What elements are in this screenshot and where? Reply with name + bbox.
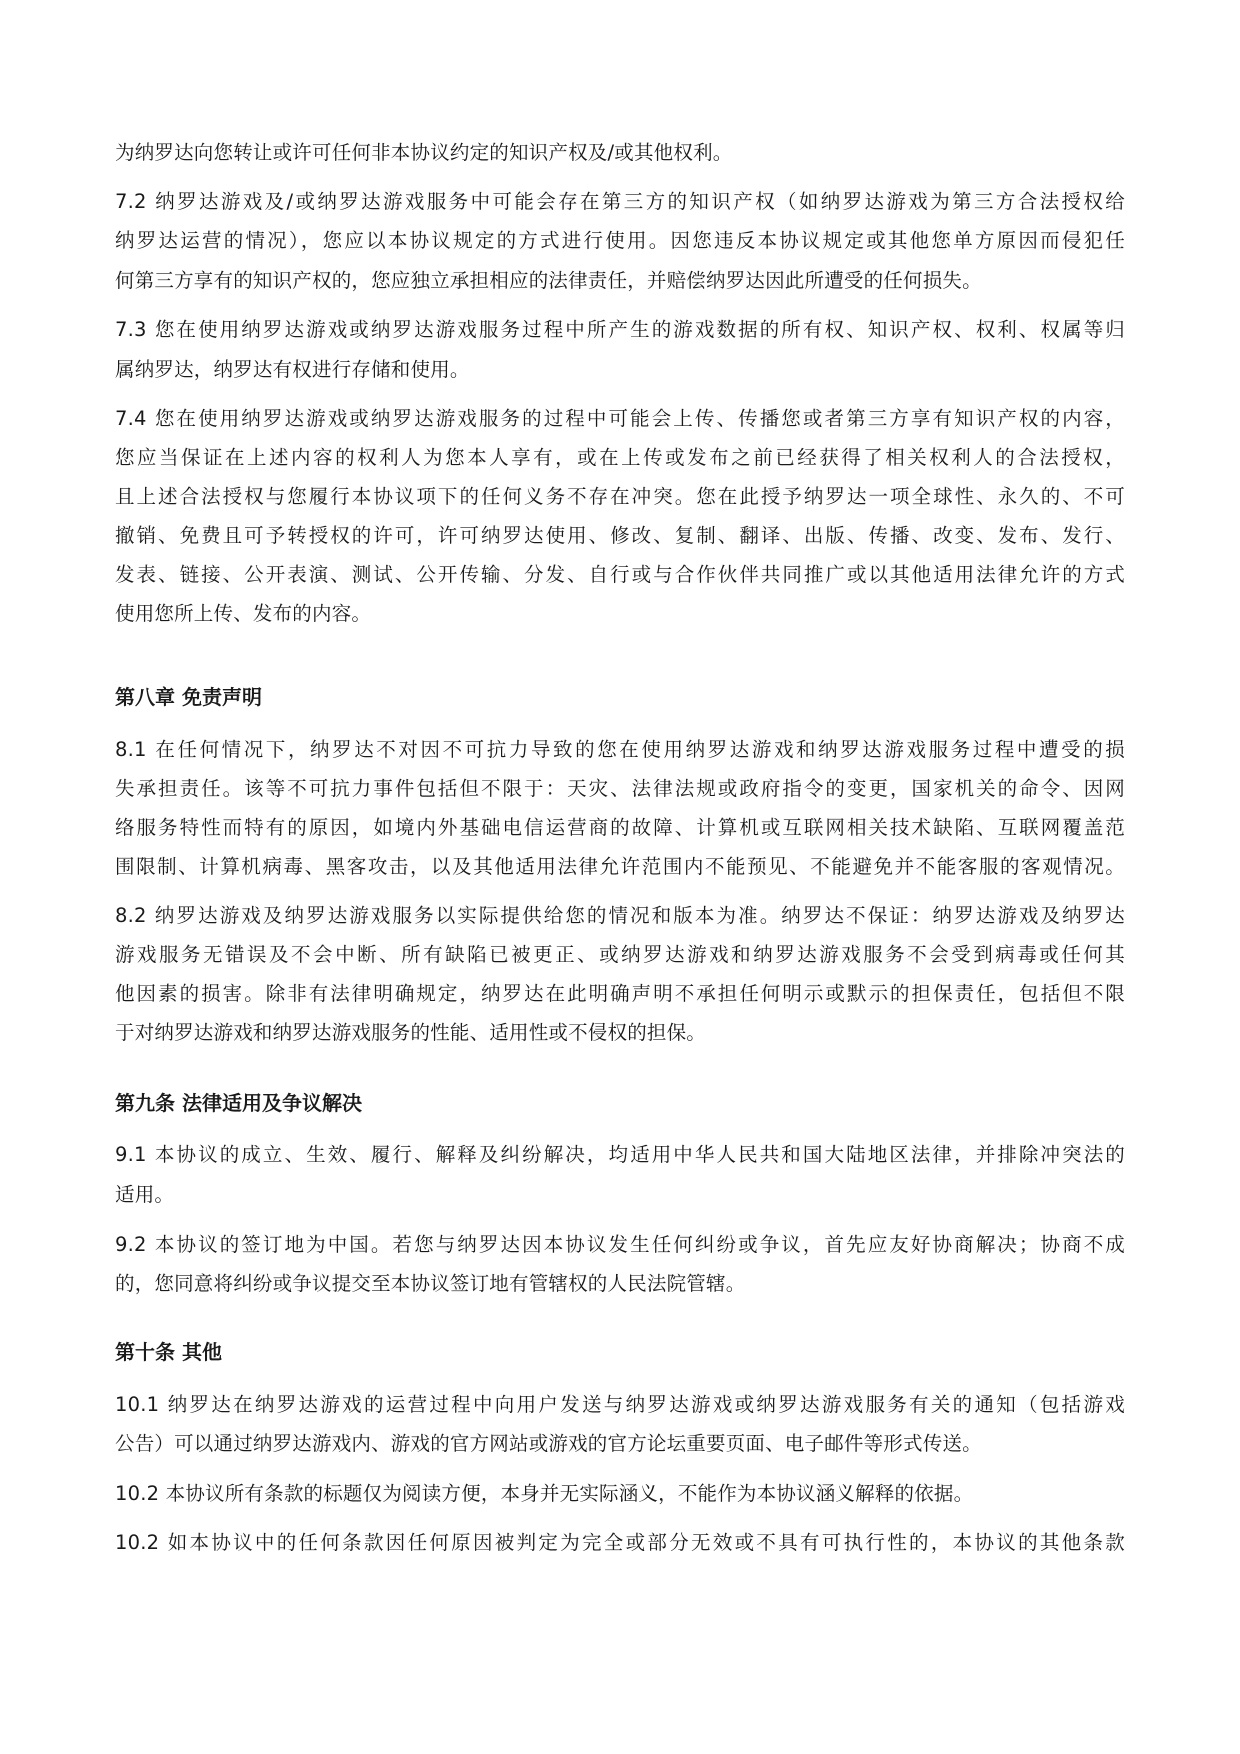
clause-10-2a-line-1: 10.2 本协议所有条款的标题仅为阅读方便，本身并无实际涵义，不能作为本协议涵义… (115, 1481, 1125, 1507)
clause-7-4-line-4: 撤销、免费且可予转授权的许可，许可纳罗达使用、修改、复制、翻译、出版、传播、改变… (115, 523, 1125, 549)
paragraph-continuation: 为纳罗达向您转让或许可任何非本协议约定的知识产权及/或其他权利。 (115, 140, 1125, 166)
clause-7-3-line-2: 属纳罗达，纳罗达有权进行存储和使用。 (115, 357, 1125, 383)
clause-7-2-line-1: 7.2 纳罗达游戏及/或纳罗达游戏服务中可能会存在第三方的知识产权（如纳罗达游戏… (115, 189, 1125, 215)
clause-9-2-line-2: 的，您同意将纠纷或争议提交至本协议签订地有管辖权的人民法院管辖。 (115, 1271, 1125, 1297)
clause-8-1-line-3: 络服务特性而特有的原因，如境内外基础电信运营商的故障、计算机或互联网相关技术缺陷… (115, 815, 1125, 841)
chapter-9-heading: 第九条 法律适用及争议解决 (115, 1090, 362, 1116)
clause-10-1-line-2: 公告）可以通过纳罗达游戏内、游戏的官方网站或游戏的官方论坛重要页面、电子邮件等形… (115, 1431, 1125, 1457)
clause-7-4-line-6: 使用您所上传、发布的内容。 (115, 601, 1125, 627)
clause-10-2b-line-1: 10.2 如本协议中的任何条款因任何原因被判定为完全或部分无效或不具有可执行性的… (115, 1530, 1125, 1556)
clause-8-1-line-1: 8.1 在任何情况下，纳罗达不对因不可抗力导致的您在使用纳罗达游戏和纳罗达游戏服… (115, 737, 1125, 763)
clause-9-2-line-1: 9.2 本协议的签订地为中国。若您与纳罗达因本协议发生任何纠纷或争议，首先应友好… (115, 1232, 1125, 1258)
chapter-10-heading: 第十条 其他 (115, 1339, 222, 1365)
clause-8-1-line-2: 失承担责任。该等不可抗力事件包括但不限于：天灾、法律法规或政府指令的变更，国家机… (115, 776, 1125, 802)
clause-7-4-line-2: 您应当保证在上述内容的权利人为您本人享有，或在上传或发布之前已经获得了相关权利人… (115, 445, 1125, 471)
clause-8-2-line-2: 游戏服务无错误及不会中断、所有缺陷已被更正、或纳罗达游戏和纳罗达游戏服务不会受到… (115, 942, 1125, 968)
clause-8-2-line-1: 8.2 纳罗达游戏及纳罗达游戏服务以实际提供给您的情况和版本为准。纳罗达不保证：… (115, 903, 1125, 929)
clause-7-4-line-5: 发表、链接、公开表演、测试、公开传输、分发、自行或与合作伙伴共同推广或以其他适用… (115, 562, 1125, 588)
clause-8-1-line-4: 围限制、计算机病毒、黑客攻击，以及其他适用法律允许范围内不能预见、不能避免并不能… (115, 854, 1125, 880)
clause-7-4-line-1: 7.4 您在使用纳罗达游戏或纳罗达游戏服务的过程中可能会上传、传播您或者第三方享… (115, 406, 1125, 432)
chapter-8-heading: 第八章 免责声明 (115, 684, 262, 710)
clause-7-2-line-2: 纳罗达运营的情况），您应以本协议规定的方式进行使用。因您违反本协议规定或其他您单… (115, 228, 1125, 254)
clause-9-1-line-1: 9.1 本协议的成立、生效、履行、解释及纠纷解决，均适用中华人民共和国大陆地区法… (115, 1142, 1125, 1168)
clause-8-2-line-3: 他因素的损害。除非有法律明确规定，纳罗达在此明确声明不承担任何明示或默示的担保责… (115, 981, 1125, 1007)
clause-10-1-line-1: 10.1 纳罗达在纳罗达游戏的运营过程中向用户发送与纳罗达游戏或纳罗达游戏服务有… (115, 1392, 1125, 1418)
clause-8-2-line-4: 于对纳罗达游戏和纳罗达游戏服务的性能、适用性或不侵权的担保。 (115, 1020, 1125, 1046)
clause-7-4-line-3: 且上述合法授权与您履行本协议项下的任何义务不存在冲突。您在此授予纳罗达一项全球性… (115, 484, 1125, 510)
document-page: 为纳罗达向您转让或许可任何非本协议约定的知识产权及/或其他权利。 7.2 纳罗达… (0, 0, 1240, 1754)
clause-7-2-line-3: 何第三方享有的知识产权的，您应独立承担相应的法律责任，并赔偿纳罗达因此所遭受的任… (115, 268, 1125, 294)
clause-7-3-line-1: 7.3 您在使用纳罗达游戏或纳罗达游戏服务过程中所产生的游戏数据的所有权、知识产… (115, 317, 1125, 343)
clause-9-1-line-2: 适用。 (115, 1182, 1125, 1208)
